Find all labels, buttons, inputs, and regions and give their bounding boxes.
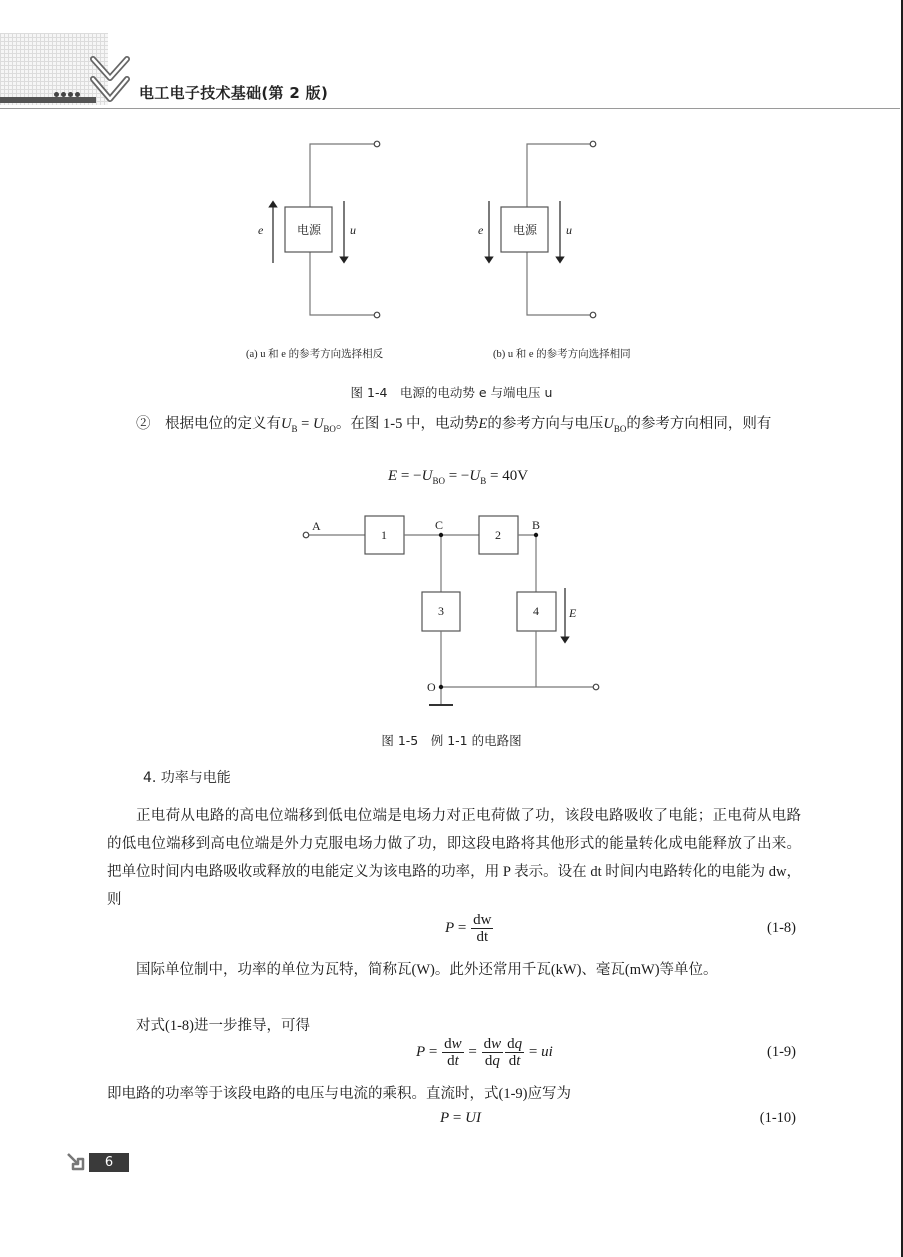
- svg-text:4: 4: [533, 604, 539, 618]
- svg-text:O: O: [427, 680, 436, 694]
- source-box-label-a: 电源: [297, 222, 322, 237]
- svg-text:1: 1: [381, 528, 387, 542]
- paragraph-units: 国际单位制中，功率的单位为瓦特，简称瓦(W)。此外还常用千瓦(kW)、毫瓦(mW…: [107, 956, 801, 984]
- svg-text:C: C: [435, 518, 443, 532]
- svg-text:e: e: [258, 223, 264, 237]
- section-title: 4. 功率与电能: [143, 767, 231, 787]
- svg-text:u: u: [350, 223, 356, 237]
- equation-number-1-10: (1-10): [760, 1110, 796, 1127]
- figure-1-4b-caption: (b) u 和 e 的参考方向选择相同: [493, 346, 631, 361]
- equation-number-1-9: (1-9): [767, 1044, 796, 1061]
- figure-1-4b: [489, 141, 596, 318]
- svg-text:3: 3: [438, 604, 444, 618]
- equation-1-9: P = dwdt = dwdqdqdt = ui: [416, 1036, 553, 1069]
- page-number: 6: [89, 1153, 129, 1172]
- equation-number-1-8: (1-8): [767, 920, 796, 937]
- equation-1-10: P = UI: [440, 1110, 481, 1127]
- figure-1-4-caption: 图 1-4 电源的电动势 e 与端电压 u: [0, 383, 903, 401]
- svg-text:A: A: [312, 519, 321, 533]
- svg-text:2: 2: [495, 528, 501, 542]
- figure-1-5-caption: 图 1-5 例 1-1 的电路图: [0, 731, 903, 749]
- source-box-label-b: 电源: [513, 222, 538, 237]
- figure-1-4a: [273, 141, 380, 318]
- paragraph-power-definition: 正电荷从电路的高电位端移到低电位端是电场力对正电荷做了功，该段电路吸收了电能；正…: [107, 802, 801, 914]
- figure-1-5-diagram: A C B O 1 2 3 4 E: [0, 500, 903, 720]
- equation-1-8: P = dwdt: [445, 912, 494, 945]
- svg-text:B: B: [532, 518, 540, 532]
- figure-1-4a-caption: (a) u 和 e 的参考方向选择相反: [246, 346, 383, 361]
- svg-text:E: E: [568, 606, 577, 620]
- svg-text:u: u: [566, 223, 572, 237]
- figure-1-4-diagram: 电源 e u 电源 e u: [0, 0, 903, 340]
- page-arrow-icon: [66, 1152, 86, 1172]
- paragraph-product: 即电路的功率等于该段电路的电压与电流的乘积。直流时，式(1-9)应写为: [107, 1080, 801, 1108]
- paragraph-potential: ② 根据电位的定义有UB = UBO。在图 1-5 中，电动势E的参考方向与电压…: [107, 410, 801, 443]
- equation-E: E = −UBO = −UB = 40V: [388, 468, 528, 486]
- svg-text:e: e: [478, 223, 484, 237]
